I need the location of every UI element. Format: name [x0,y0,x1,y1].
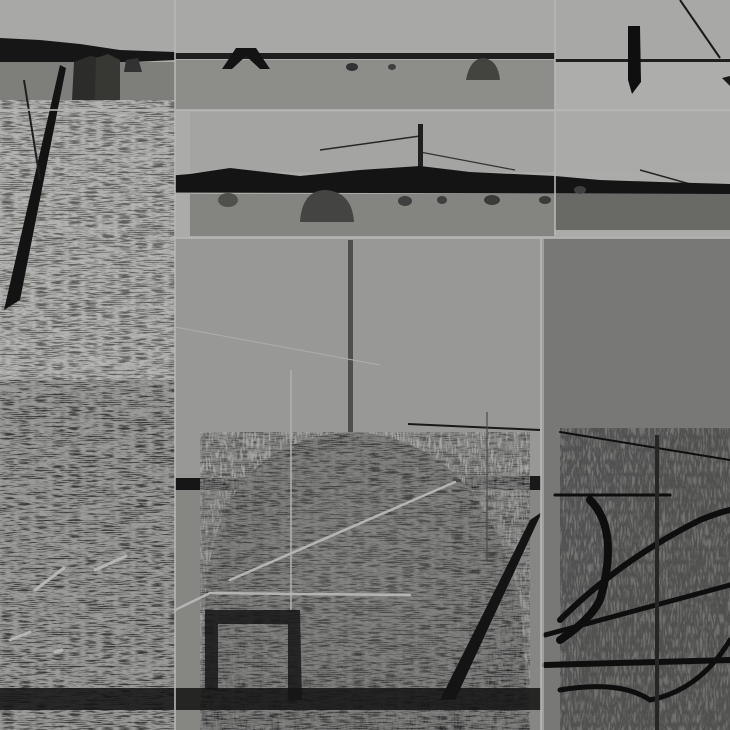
collage-canvas [0,0,730,730]
photo-collage [0,0,730,730]
